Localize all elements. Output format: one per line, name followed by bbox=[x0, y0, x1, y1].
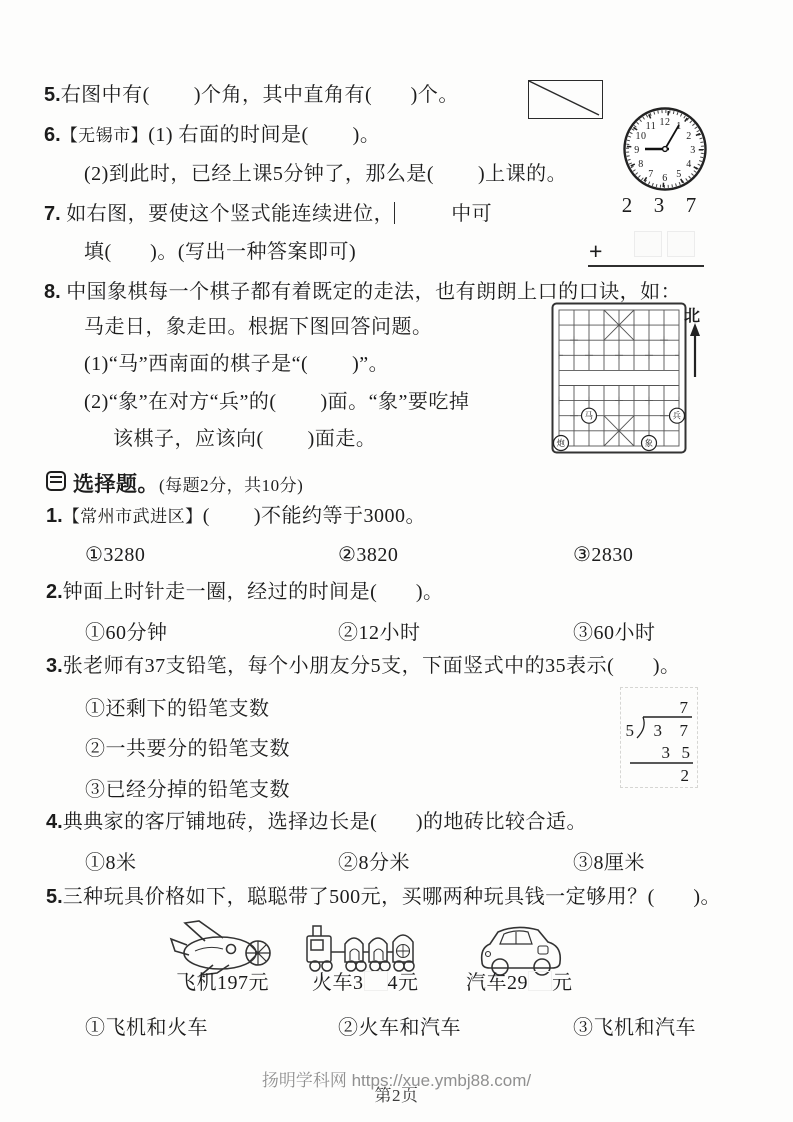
choice-5-number: 5. bbox=[46, 886, 63, 908]
choice-3-option-1: ①还剩下的铅笔支数 bbox=[85, 692, 270, 721]
question-6-part1: (1) 右面的时间是( )。 bbox=[148, 124, 380, 146]
car-price: 汽车29元 bbox=[466, 970, 573, 996]
train-price: 火车34元 bbox=[312, 970, 419, 996]
question-5-number: 5. bbox=[44, 84, 61, 106]
division-figure: 7 5 3 7 3 5 2 bbox=[620, 687, 698, 788]
question-8-line1: 中国象棋每一个棋子都有着既定的走法，也有朗朗上口的口诀，如： bbox=[66, 281, 681, 303]
choice-4-option-3: ③8厘米 bbox=[573, 846, 645, 875]
division-dividend-ones: 7 bbox=[680, 721, 689, 740]
train-illustration bbox=[303, 918, 453, 978]
question-5: 5.右图中有( )个角，其中直角有( )个。 bbox=[44, 82, 459, 108]
choice-4: 4.典典家的客厅铺地砖，选择边长是( )的地砖比较合适。 bbox=[46, 809, 587, 835]
plane-illustration bbox=[165, 915, 275, 977]
choice-2-option-1: ①60分钟 bbox=[85, 616, 168, 645]
division-quotient: 7 bbox=[680, 698, 689, 717]
clock-num-3: 3 bbox=[690, 145, 696, 156]
choice-title-text: 选择题。 bbox=[73, 472, 159, 496]
choice-1-option-2: ②3820 bbox=[338, 542, 398, 567]
clock-center bbox=[663, 147, 668, 152]
faded-price-box-car bbox=[528, 971, 552, 991]
question-7: 7. 如右图，要使这个竖式能连续进位，中可 bbox=[44, 201, 492, 227]
question-7-line2: 填( )。(写出一种答案即可) bbox=[84, 239, 356, 265]
addend-digit-2: 3 bbox=[643, 193, 675, 218]
choice-section-title: 选择题。(每题2分，共10分) bbox=[73, 468, 303, 498]
cannon-piece: 炮 bbox=[556, 438, 565, 448]
clock-num-12: 12 bbox=[660, 117, 671, 128]
soldier-piece: 兵 bbox=[672, 411, 681, 421]
choice-2-option-3: ③60小时 bbox=[573, 616, 656, 645]
choice-4-text: 典典家的客厅铺地砖，选择边长是( )的地砖比较合适。 bbox=[63, 811, 587, 833]
clock-num-9: 9 bbox=[634, 145, 640, 156]
choice-5-option-1: ①飞机和火车 bbox=[85, 1011, 208, 1040]
plane-price: 飞机197元 bbox=[176, 970, 269, 996]
addition-sum-line bbox=[588, 265, 704, 267]
choice-3-number: 3. bbox=[46, 655, 63, 677]
exam-page: 5.右图中有( )个角，其中直角有( )个。 6.【无锡市】(1) 右面的时间是… bbox=[0, 0, 793, 1122]
question-6-number: 6. bbox=[44, 124, 61, 146]
question-5-text: 右图中有( )个角，其中直角有( )个。 bbox=[61, 84, 459, 106]
question-7-text-a: 如右图，要使这个竖式能连续进位， bbox=[66, 203, 394, 225]
plus-operator: + bbox=[589, 238, 603, 265]
addend-digit-3: 7 bbox=[675, 193, 707, 218]
choice-1-option-1: ①3280 bbox=[85, 542, 145, 567]
faded-addend-box-1 bbox=[634, 231, 662, 257]
division-product-tens: 3 bbox=[662, 743, 671, 762]
choice-2-text: 钟面上时针走一圈，经过的时间是( )。 bbox=[63, 581, 444, 603]
choice-2-number: 2. bbox=[46, 581, 63, 603]
question-7-number: 7. bbox=[44, 203, 61, 225]
division-dividend-tens: 3 bbox=[654, 721, 663, 740]
question-8-sub1: (1)“马”西南面的棋子是“( )”。 bbox=[84, 351, 389, 377]
division-remainder: 2 bbox=[681, 766, 690, 785]
faded-price-box-train bbox=[364, 971, 388, 991]
choice-3-text: 张老师有37支铅笔，每个小朋友分5支，下面竖式中的35表示( )。 bbox=[63, 655, 681, 677]
choice-1-text: ( )不能约等于3000。 bbox=[203, 505, 426, 527]
choice-5: 5.三种玩具价格如下，聪聪带了500元，买哪两种玩具钱一定够用？( )。 bbox=[46, 884, 721, 910]
clock-num-8: 8 bbox=[638, 159, 644, 170]
addition-addend-row: 237 bbox=[611, 193, 707, 218]
choice-5-option-2: ②火车和汽车 bbox=[338, 1011, 461, 1040]
car-price-a: 汽车29 bbox=[466, 972, 528, 994]
faded-addend-box-2 bbox=[667, 231, 695, 257]
choice-subtitle: (每题2分，共10分) bbox=[159, 476, 303, 495]
clock-num-7: 7 bbox=[648, 169, 654, 180]
xiangqi-board: 马 兵 炮 象 bbox=[551, 302, 687, 454]
question-6: 6.【无锡市】(1) 右面的时间是( )。 bbox=[44, 122, 380, 149]
train-price-b: 4元 bbox=[388, 972, 419, 994]
division-divisor: 5 bbox=[626, 721, 635, 740]
question-6-part2: (2)到此时，已经上课5分钟了，那么是( )上课的。 bbox=[84, 161, 567, 187]
clock-num-11: 11 bbox=[646, 121, 657, 132]
question-7-text-b: 中可 bbox=[451, 203, 492, 225]
choice-3: 3.张老师有37支铅笔，每个小朋友分5支，下面竖式中的35表示( )。 bbox=[46, 653, 681, 679]
question-8-line2: 马走日，象走田。根据下图回答问题。 bbox=[84, 314, 433, 340]
division-product-ones: 5 bbox=[682, 743, 691, 762]
choice-1-city-tag: 【常州市武进区】 bbox=[63, 507, 203, 526]
choice-4-option-2: ②8分米 bbox=[338, 846, 410, 875]
choice-1-option-3: ③2830 bbox=[573, 542, 633, 567]
elephant-piece: 象 bbox=[644, 438, 653, 448]
choice-3-option-2: ②一共要分的铅笔支数 bbox=[85, 732, 290, 761]
train-price-a: 火车3 bbox=[312, 972, 364, 994]
question-8-sub2: (2)“象”在对方“兵”的( )面。“象”要吃掉 bbox=[84, 389, 469, 415]
choice-4-option-1: ①8米 bbox=[85, 846, 137, 875]
faded-answer-box bbox=[394, 202, 451, 224]
clock-num-10: 10 bbox=[636, 131, 647, 142]
clock-num-2: 2 bbox=[686, 131, 692, 142]
addend-digit-1: 2 bbox=[611, 193, 643, 218]
clock-illustration: 12 1 2 3 4 5 6 7 8 9 10 11 bbox=[622, 106, 708, 192]
choice-5-text: 三种玩具价格如下，聪聪带了500元，买哪两种玩具钱一定够用？( )。 bbox=[63, 886, 721, 908]
clock-num-5: 5 bbox=[676, 169, 682, 180]
choice-4-number: 4. bbox=[46, 811, 63, 833]
clock-num-6: 6 bbox=[662, 173, 668, 184]
question-8-number: 8. bbox=[44, 281, 61, 303]
question-6-city-tag: 【无锡市】 bbox=[61, 126, 149, 145]
choice-5-option-3: ③飞机和汽车 bbox=[573, 1011, 696, 1040]
horse-piece: 马 bbox=[584, 411, 593, 421]
choice-1: 1.【常州市武进区】( )不能约等于3000。 bbox=[46, 503, 426, 530]
clock-num-4: 4 bbox=[686, 159, 692, 170]
rectangle-figure bbox=[528, 80, 603, 119]
page-number: 第2页 bbox=[0, 1081, 793, 1106]
choice-2-option-2: ②12小时 bbox=[338, 616, 421, 645]
choice-2: 2.钟面上时针走一圈，经过的时间是( )。 bbox=[46, 579, 444, 605]
choice-1-number: 1. bbox=[46, 505, 63, 527]
question-8-sub3: 该棋子，应该向( )面走。 bbox=[113, 426, 376, 452]
north-arrow-icon bbox=[688, 323, 702, 379]
car-price-b: 元 bbox=[552, 972, 573, 994]
list-icon bbox=[46, 471, 66, 491]
choice-3-option-3: ③已经分掉的铅笔支数 bbox=[85, 773, 290, 802]
